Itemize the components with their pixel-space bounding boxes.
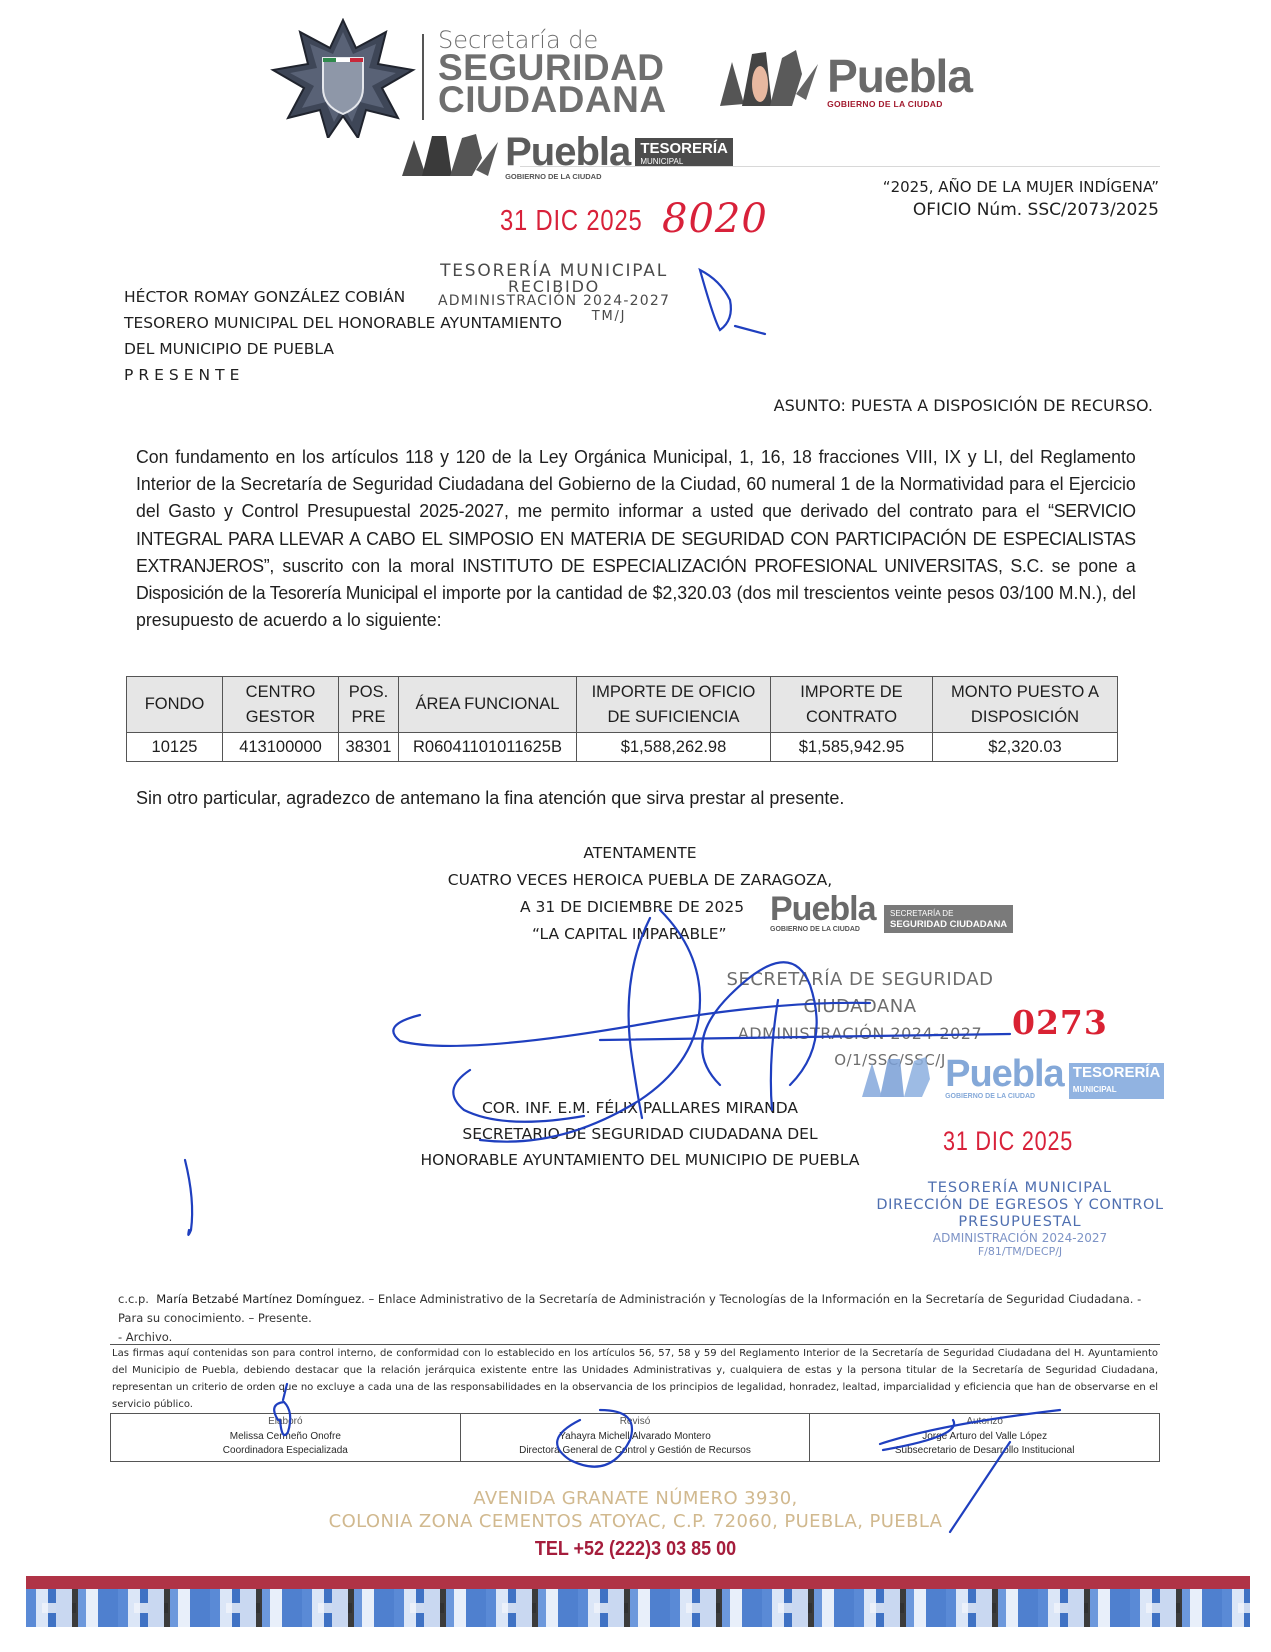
ssc-line-3: CIUDADANA	[438, 84, 667, 116]
footer-phone: TEL +52 (222)3 03 85 00	[64, 1538, 1208, 1561]
tesoreria-box-title: TESORERÍA	[640, 140, 728, 157]
ccp-block: c.c.p. María Betzabé Martínez Domínguez.…	[118, 1290, 1158, 1347]
cell-importe-contrato: $1,585,942.95	[771, 733, 933, 762]
received-stamp-line-4: TM/J	[438, 309, 670, 324]
puebla-government-logo: Puebla GOBIERNO DE LA CIUDAD	[712, 44, 972, 118]
col-fondo: FONDO	[127, 677, 223, 733]
ccp-name: María Betzabé Martínez Domínguez.	[156, 1292, 365, 1306]
signer-title-1: SECRETARIO DE SEGURIDAD CIUDADANA DEL	[360, 1121, 920, 1147]
body-text-e: se pone a	[1044, 556, 1136, 576]
puebla-stamp-sub: GOBIERNO DE LA CIUDAD	[770, 926, 875, 933]
auth-role: Autorizó	[810, 1415, 1159, 1430]
blue-stamp-word: Puebla	[945, 1053, 1064, 1095]
budget-table: FONDO CENTROGESTOR POS.PRE ÁREA FUNCIONA…	[126, 676, 1118, 762]
ssc-admin-line-3: ADMINISTRACIÓN 2024-2027	[720, 1020, 1000, 1047]
ssc-wordmark: Secretaría de SEGURIDAD CIUDADANA	[438, 28, 667, 116]
auth-title: Directora General de Control y Gestión d…	[461, 1444, 810, 1459]
salutation-line-1: ATENTAMENTE	[380, 840, 900, 867]
col-pos-pre: POS.PRE	[339, 677, 399, 733]
ssc-box-line-2: SEGURIDAD CIUDADANA	[890, 919, 1007, 930]
footer-address-line-1: AVENIDA GRANATE NÚMERO 3930,	[0, 1488, 1271, 1509]
table-row: 10125 413100000 38301 R06041101011625B $…	[127, 733, 1118, 762]
signer-block: COR. INF. E.M. FÉLIX PALLARES MIRANDA SE…	[360, 1095, 920, 1173]
col-monto-disposicion: MONTO PUESTO ADISPOSICIÓN	[933, 677, 1118, 733]
egresos-stamp: TESORERÍA MUNICIPAL DIRECCIÓN DE EGRESOS…	[870, 1180, 1170, 1258]
ssc-admin-line-2: CIUDADANA	[720, 993, 1000, 1020]
auth-title: Subsecretario de Desarrollo Instituciona…	[810, 1444, 1159, 1459]
egresos-line-4: ADMINISTRACIÓN 2024-2027	[870, 1231, 1170, 1245]
ccp-line: c.c.p. María Betzabé Martínez Domínguez.…	[118, 1290, 1158, 1328]
closing-sentence: Sin otro particular, agradezco de antema…	[136, 788, 844, 809]
puebla-monument-icon	[400, 132, 500, 182]
cell-centro-gestor: 413100000	[223, 733, 339, 762]
tesoreria-puebla-word: Puebla	[505, 130, 630, 174]
body-text-c: , suscrito con la moral	[269, 556, 462, 576]
header-divider	[422, 34, 424, 120]
egresos-line-3: PRESUPUESTAL	[870, 1214, 1170, 1231]
blue-stamp-box-title: TESORERÍA	[1073, 1064, 1161, 1081]
tesoreria-box: TESORERÍA MUNICIPAL	[635, 138, 733, 167]
header-rule	[520, 166, 1160, 167]
received-stamp-line-2: RECIBIDO	[438, 279, 670, 294]
blue-stamp-box-sub: MUNICIPAL	[1073, 1085, 1117, 1094]
egresos-line-2: DIRECCIÓN DE EGRESOS Y CONTROL	[870, 1197, 1170, 1214]
auth-name: Melissa Cermeño Onofre	[111, 1430, 460, 1445]
provider-name: INSTITUTO DE ESPECIALIZACIÓN PROFESIONAL…	[462, 556, 1043, 576]
cell-monto-disposicion: $2,320.03	[933, 733, 1118, 762]
col-centro-gestor: CENTROGESTOR	[223, 677, 339, 733]
puebla-wordmark: Puebla	[827, 53, 972, 99]
ssc-box-stamp: SECRETARÍA DE SEGURIDAD CIUDADANA	[884, 905, 1013, 933]
tesoreria-logo-stamp: Puebla GOBIERNO DE LA CIUDAD TESORERÍA M…	[400, 132, 733, 182]
disposition-phrase: Disposición de la Tesorería Municipal	[136, 583, 418, 603]
received-stamp-line-3: ADMINISTRACIÓN 2024-2027	[438, 294, 670, 309]
auth-elaboro: Elaboró Melissa Cermeño Onofre Coordinad…	[111, 1414, 461, 1462]
recipient-entity: DEL MUNICIPIO DE PUEBLA	[124, 336, 562, 362]
table-header-row: FONDO CENTROGESTOR POS.PRE ÁREA FUNCIONA…	[127, 677, 1118, 733]
cell-area-funcional: R06041101011625B	[399, 733, 577, 762]
cell-pos-pre: 38301	[339, 733, 399, 762]
recipient-presente: PRESENTE	[124, 362, 562, 388]
tesoreria-received-stamp: TESORERÍA MUNICIPAL RECIBIDO ADMINISTRAC…	[438, 264, 670, 324]
egresos-line-1: TESORERÍA MUNICIPAL	[870, 1180, 1170, 1197]
received-date-stamp: 31 DIC 2025	[500, 205, 643, 238]
cell-fondo: 10125	[127, 733, 223, 762]
col-importe-oficio: IMPORTE DE OFICIODE SUFICIENCIA	[577, 677, 771, 733]
auth-name: Jorge Arturo del Valle López	[810, 1430, 1159, 1445]
auth-title: Coordinadora Especializada	[111, 1444, 460, 1459]
body-paragraph: Con fundamento en los artículos 118 y 12…	[136, 444, 1136, 634]
ssc-box-line-1: SECRETARÍA DE	[890, 908, 1007, 919]
body-text-a: Con fundamento en los artículos 118 y 12…	[136, 447, 1136, 521]
handwritten-folio: 8020	[662, 196, 768, 242]
ccp-label: c.c.p.	[118, 1292, 149, 1306]
col-importe-contrato: IMPORTE DECONTRATO	[771, 677, 933, 733]
auth-role: Elaboró	[111, 1415, 460, 1430]
footer-red-band	[26, 1576, 1250, 1589]
signer-name: COR. INF. E.M. FÉLIX PALLARES MIRANDA	[360, 1095, 920, 1121]
oficio-number: OFICIO Núm. SSC/2073/2025	[913, 200, 1159, 220]
police-star-logo-icon	[268, 18, 418, 138]
egresos-line-5: F/81/TM/DECP/J	[870, 1245, 1170, 1258]
auth-reviso: Revisó Yahayra Michell Alvarado Montero …	[460, 1414, 810, 1462]
puebla-stamp-word: Puebla	[770, 892, 875, 926]
subject-line: ASUNTO: PUESTA A DISPOSICIÓN DE RECURSO.	[774, 396, 1153, 415]
authorization-row: Elaboró Melissa Cermeño Onofre Coordinad…	[111, 1414, 1160, 1462]
year-motto: “2025, AÑO DE LA MUJER INDÍGENA”	[883, 178, 1159, 196]
footer-talavera-pattern	[26, 1589, 1250, 1627]
red-folio-stamp: 0273	[1012, 1003, 1108, 1042]
footer-address-line-2: COLONIA ZONA CEMENTOS ATOYAC, C.P. 72060…	[0, 1511, 1271, 1532]
puebla-monument-icon	[712, 44, 822, 118]
signer-title-2: HONORABLE AYUNTAMIENTO DEL MUNICIPIO DE …	[360, 1147, 920, 1173]
second-date-stamp: 31 DIC 2025	[943, 1126, 1073, 1157]
auth-autorizo: Autorizó Jorge Arturo del Valle López Su…	[810, 1414, 1160, 1462]
ssc-admin-line-1: SECRETARÍA DE SEGURIDAD	[720, 966, 1000, 993]
auth-role: Revisó	[461, 1415, 810, 1430]
cell-importe-oficio: $1,588,262.98	[577, 733, 771, 762]
col-area-funcional: ÁREA FUNCIONAL	[399, 677, 577, 733]
authorization-table: Elaboró Melissa Cermeño Onofre Coordinad…	[110, 1413, 1160, 1462]
auth-name: Yahayra Michell Alvarado Montero	[461, 1430, 810, 1445]
puebla-ssc-stamp: Puebla GOBIERNO DE LA CIUDAD	[770, 892, 875, 933]
blue-stamp-box: TESORERÍAMUNICIPAL	[1069, 1063, 1165, 1099]
internal-control-note: Las firmas aquí contenidas son para cont…	[110, 1344, 1160, 1413]
